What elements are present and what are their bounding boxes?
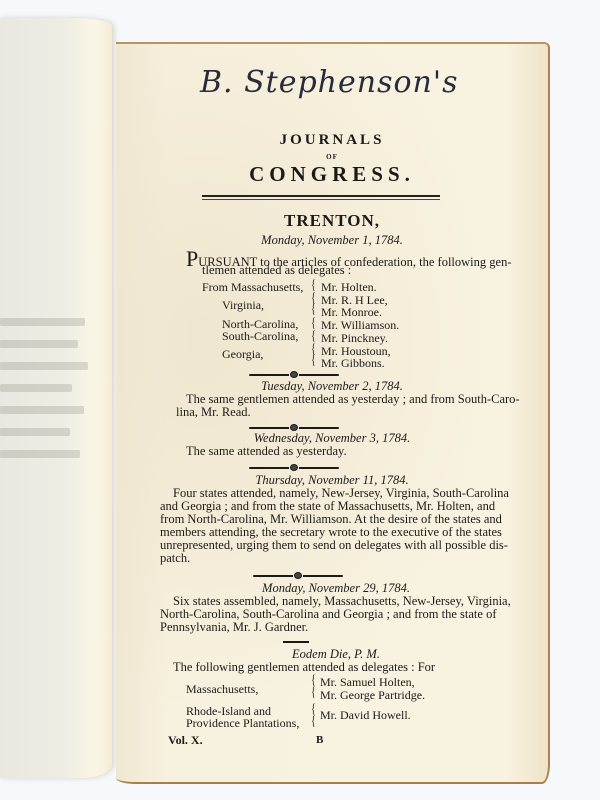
location-heading: TRENTON, <box>116 211 548 231</box>
delegate-name: Mr. George Partridge. <box>320 688 425 703</box>
small-divider <box>283 640 309 644</box>
bleed-through-text <box>0 340 78 348</box>
delegate-state: Georgia, <box>222 347 263 362</box>
delegate-state: From Massachusetts, <box>202 280 303 295</box>
delegate-state: South-Carolina, <box>222 329 298 344</box>
bleed-through-text <box>0 406 84 414</box>
delegate-name: Mr. Gibbons. <box>321 356 385 371</box>
title-rule-thin <box>202 199 440 200</box>
entry-line: unrepresented, urging them to send on de… <box>160 539 508 552</box>
brace-icon: { <box>311 355 316 367</box>
drop-cap: P <box>186 246 198 271</box>
bleed-through-text <box>0 384 72 392</box>
brace-icon: { <box>311 687 316 699</box>
bleed-through-text <box>0 362 88 370</box>
section-divider-ornament <box>249 371 339 379</box>
section-divider-ornament <box>249 464 339 472</box>
volume-label: Vol. X. <box>168 733 203 748</box>
title-rule <box>202 195 440 197</box>
delegate-state: Providence Plantations, <box>186 716 299 731</box>
bleed-through-text <box>0 450 80 458</box>
delegate-name: Mr. David Howell. <box>320 708 411 723</box>
entry-line: patch. <box>160 552 190 565</box>
delegate-state: Massachusetts, <box>186 682 258 697</box>
brace-icon: { <box>311 304 316 316</box>
bleed-through-text <box>0 428 70 436</box>
title-congress: CONGRESS. <box>116 162 548 187</box>
entry-line: The following gentlemen attended as dele… <box>173 661 435 674</box>
entry-line: Pennsylvania, Mr. J. Gardner. <box>160 621 308 634</box>
page-content: JOURNALS OF CONGRESS. TRENTON, Monday, N… <box>116 42 548 780</box>
title-journals: JOURNALS <box>116 132 548 149</box>
bleed-through-text <box>0 318 85 326</box>
left-page <box>0 18 112 778</box>
title-of: OF <box>116 153 548 161</box>
entry-date: Monday, November 1, 1784. <box>116 233 548 248</box>
delegate-state: Virginia, <box>222 298 264 313</box>
brace-icon: { <box>311 716 316 728</box>
entry-line: The same attended as yesterday. <box>186 445 347 458</box>
section-divider-ornament <box>253 572 343 580</box>
signature-mark: B <box>316 734 323 746</box>
entry-line: tlemen attended as delegates : <box>202 264 351 277</box>
entry-line: lina, Mr. Read. <box>176 406 251 419</box>
